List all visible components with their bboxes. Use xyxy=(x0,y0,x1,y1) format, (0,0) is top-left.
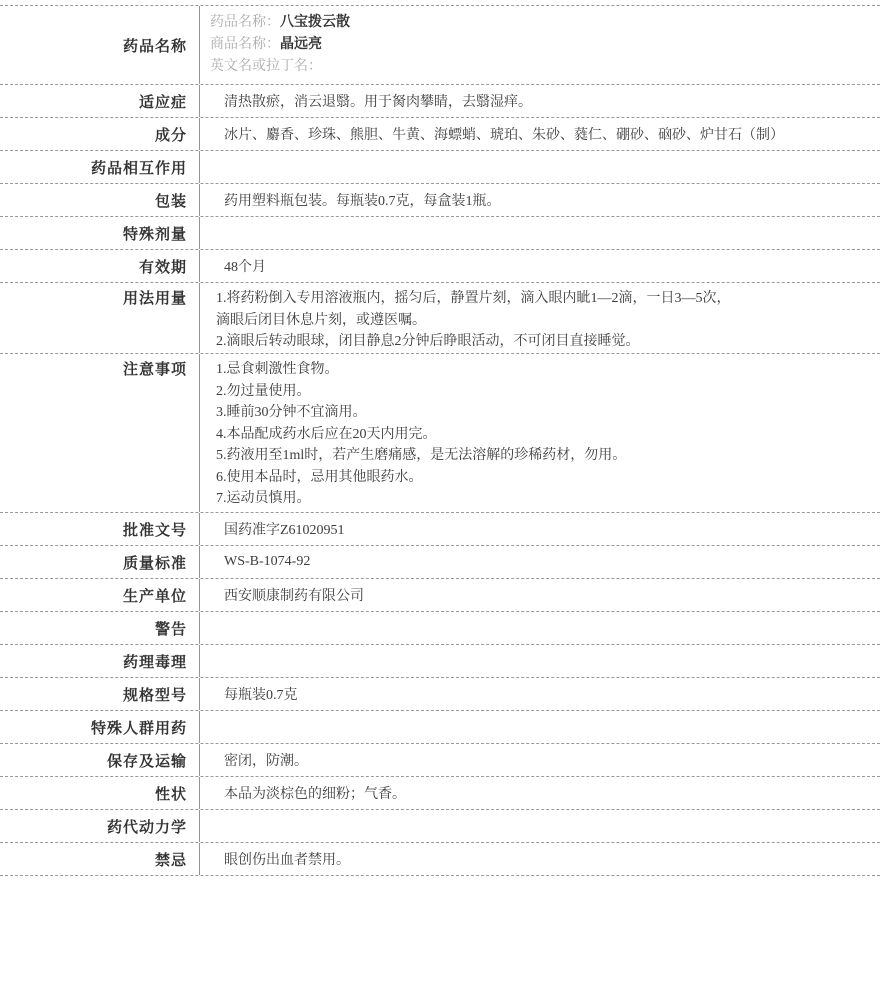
row-label-precautions: 注意事项 xyxy=(0,354,200,512)
content-line: 2.勿过量使用。 xyxy=(216,381,880,403)
row-content-special-populations xyxy=(200,711,880,743)
drug-name-trade-key: 商品名称： xyxy=(210,37,280,52)
table-row-ingredients: 成分 冰片、麝香、珍珠、熊胆、牛黄、海螵蛸、琥珀、朱砂、蕤仁、硼砂、硇砂、炉甘石… xyxy=(0,118,880,151)
content-line: 2.滴眼后转动眼球，闭目静息2分钟后睁眼活动，不可闭目直接睡觉。 xyxy=(216,331,880,353)
table-row-packaging: 包装 药用塑料瓶包装。每瓶装0.7克，每盒装1瓶。 xyxy=(0,184,880,217)
content-line: 本品为淡棕色的细粉；气香。 xyxy=(224,783,406,803)
row-content-warning xyxy=(200,612,880,644)
content-line: 滴眼后闭目休息片刻，或遵医嘱。 xyxy=(216,310,880,332)
row-label-storage-transport: 保存及运输 xyxy=(0,744,200,776)
row-content-packaging: 药用塑料瓶包装。每瓶装0.7克，每盒装1瓶。 xyxy=(200,184,880,216)
row-content-drug-interactions xyxy=(200,151,880,183)
row-label-ingredients: 成分 xyxy=(0,118,200,150)
row-content-ingredients: 冰片、麝香、珍珠、熊胆、牛黄、海螵蛸、琥珀、朱砂、蕤仁、硼砂、硇砂、炉甘石（制） xyxy=(200,118,880,150)
content-line: 4.本品配成药水后应在20天内用完。 xyxy=(216,424,880,446)
content-line: 眼创伤出血者禁用。 xyxy=(224,849,350,869)
row-label-specification: 规格型号 xyxy=(0,678,200,710)
row-content-approval-number: 国药准字Z61020951 xyxy=(200,513,880,545)
table-row-pharmacokinetics: 药代动力学 xyxy=(0,810,880,843)
row-label-usage-dosage: 用法用量 xyxy=(0,283,200,353)
row-content-specification: 每瓶装0.7克 xyxy=(200,678,880,710)
table-row-usage-dosage: 用法用量 1.将药粉倒入专用溶液瓶内，摇匀后，静置片刻，滴入眼内眦1—2滴，一日… xyxy=(0,283,880,354)
content-line: 国药准字Z61020951 xyxy=(224,519,345,539)
row-label-special-dosage: 特殊剂量 xyxy=(0,217,200,249)
row-content-drug-name: 药品名称：八宝拨云散 商品名称：晶远亮 英文名或拉丁名： xyxy=(200,6,880,84)
content-line: 6.使用本品时，忌用其他眼药水。 xyxy=(216,467,880,489)
table-row-special-dosage: 特殊剂量 xyxy=(0,217,880,250)
row-content-storage-transport: 密闭，防潮。 xyxy=(200,744,880,776)
row-label-special-populations: 特殊人群用药 xyxy=(0,711,200,743)
row-content-usage-dosage: 1.将药粉倒入专用溶液瓶内，摇匀后，静置片刻，滴入眼内眦1—2滴，一日3—5次，… xyxy=(200,283,880,353)
row-label-contraindications: 禁忌 xyxy=(0,843,200,875)
row-content-quality-standard: WS-B-1074-92 xyxy=(200,546,880,578)
row-content-manufacturer: 西安顺康制药有限公司 xyxy=(200,579,880,611)
row-label-indications: 适应症 xyxy=(0,85,200,117)
content-line: 1.忌食刺激性食物。 xyxy=(216,359,880,381)
row-label-drug-interactions: 药品相互作用 xyxy=(0,151,200,183)
content-line: WS-B-1074-92 xyxy=(224,554,310,570)
drug-name-latin-key: 英文名或拉丁名： xyxy=(210,59,322,74)
content-line: 密闭，防潮。 xyxy=(224,750,308,770)
table-row-pharmacology-toxicology: 药理毒理 xyxy=(0,645,880,678)
row-content-special-dosage xyxy=(200,217,880,249)
table-row-storage-transport: 保存及运输 密闭，防潮。 xyxy=(0,744,880,777)
table-row-contraindications: 禁忌 眼创伤出血者禁用。 xyxy=(0,843,880,876)
row-label-approval-number: 批准文号 xyxy=(0,513,200,545)
table-row-warning: 警告 xyxy=(0,612,880,645)
content-line: 清热散瘀，消云退翳。用于胬肉攀睛，去翳湿痒。 xyxy=(224,91,532,111)
content-line: 7.运动员慎用。 xyxy=(216,488,880,510)
content-line: 1.将药粉倒入专用溶液瓶内，摇匀后，静置片刻，滴入眼内眦1—2滴，一日3—5次， xyxy=(216,288,880,310)
row-label-validity-period: 有效期 xyxy=(0,250,200,282)
content-line: 每瓶装0.7克 xyxy=(224,684,298,704)
drug-name-generic-line: 药品名称：八宝拨云散 xyxy=(210,12,880,34)
row-label-quality-standard: 质量标准 xyxy=(0,546,200,578)
table-row-properties: 性状 本品为淡棕色的细粉；气香。 xyxy=(0,777,880,810)
row-content-pharmacology-toxicology xyxy=(200,645,880,677)
table-row-validity-period: 有效期 48个月 xyxy=(0,250,880,283)
table-row-quality-standard: 质量标准 WS-B-1074-92 xyxy=(0,546,880,579)
row-label-warning: 警告 xyxy=(0,612,200,644)
row-content-indications: 清热散瘀，消云退翳。用于胬肉攀睛，去翳湿痒。 xyxy=(200,85,880,117)
table-row-approval-number: 批准文号 国药准字Z61020951 xyxy=(0,513,880,546)
table-row-special-populations: 特殊人群用药 xyxy=(0,711,880,744)
drug-name-trade-value: 晶远亮 xyxy=(280,37,322,52)
drug-name-latin-line: 英文名或拉丁名： xyxy=(210,56,880,78)
row-label-pharmacokinetics: 药代动力学 xyxy=(0,810,200,842)
table-row-precautions: 注意事项 1.忌食刺激性食物。 2.勿过量使用。 3.睡前30分钟不宜滴用。 4… xyxy=(0,354,880,513)
content-line: 5.药液用至1ml时，若产生磨痛感，是无法溶解的珍稀药材，勿用。 xyxy=(216,445,880,467)
row-label-properties: 性状 xyxy=(0,777,200,809)
drug-info-table: 药品名称 药品名称：八宝拨云散 商品名称：晶远亮 英文名或拉丁名： 适应症 清热… xyxy=(0,5,880,876)
row-content-validity-period: 48个月 xyxy=(200,250,880,282)
row-label-drug-name: 药品名称 xyxy=(0,6,200,84)
drug-name-generic-value: 八宝拨云散 xyxy=(280,15,350,30)
row-label-pharmacology-toxicology: 药理毒理 xyxy=(0,645,200,677)
content-line: 冰片、麝香、珍珠、熊胆、牛黄、海螵蛸、琥珀、朱砂、蕤仁、硼砂、硇砂、炉甘石（制） xyxy=(224,124,784,144)
table-row-drug-name: 药品名称 药品名称：八宝拨云散 商品名称：晶远亮 英文名或拉丁名： xyxy=(0,6,880,85)
drug-name-trade-line: 商品名称：晶远亮 xyxy=(210,34,880,56)
table-row-drug-interactions: 药品相互作用 xyxy=(0,151,880,184)
row-label-manufacturer: 生产单位 xyxy=(0,579,200,611)
content-line: 西安顺康制药有限公司 xyxy=(224,585,364,605)
content-line: 3.睡前30分钟不宜滴用。 xyxy=(216,402,880,424)
table-row-specification: 规格型号 每瓶装0.7克 xyxy=(0,678,880,711)
row-content-pharmacokinetics xyxy=(200,810,880,842)
content-line: 药用塑料瓶包装。每瓶装0.7克，每盒装1瓶。 xyxy=(224,190,501,210)
row-content-contraindications: 眼创伤出血者禁用。 xyxy=(200,843,880,875)
row-label-packaging: 包装 xyxy=(0,184,200,216)
table-row-manufacturer: 生产单位 西安顺康制药有限公司 xyxy=(0,579,880,612)
drug-name-generic-key: 药品名称： xyxy=(210,15,280,30)
drug-info-page: 药品名称 药品名称：八宝拨云散 商品名称：晶远亮 英文名或拉丁名： 适应症 清热… xyxy=(0,0,880,1000)
table-row-indications: 适应症 清热散瘀，消云退翳。用于胬肉攀睛，去翳湿痒。 xyxy=(0,85,880,118)
row-content-properties: 本品为淡棕色的细粉；气香。 xyxy=(200,777,880,809)
content-line: 48个月 xyxy=(224,256,266,276)
row-content-precautions: 1.忌食刺激性食物。 2.勿过量使用。 3.睡前30分钟不宜滴用。 4.本品配成… xyxy=(200,354,880,512)
